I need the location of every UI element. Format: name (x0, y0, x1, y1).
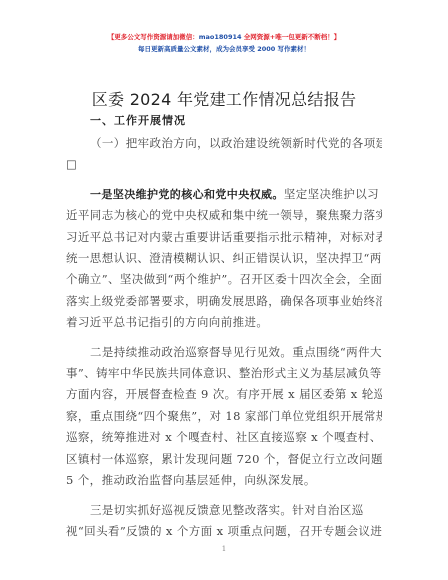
missing-glyph: □ (66, 154, 382, 175)
paragraph-lead: 一是坚决维护党的核心和党中央权威。 (90, 188, 284, 201)
paragraph-line: 着习近平总书记指引的方向向前推进。 (66, 312, 382, 333)
paragraph-line: 事”、铸牢中华民族共同体意识、整治形式主义为基层减负等 (66, 363, 382, 384)
paragraph-line: 方面内容，开展督查检查 9 次。有序开展 x 届区委第 x 轮巡 (66, 384, 382, 405)
subsection-heading: （一）把牢政治方向，以政治建设统领新时代党的各项建 (66, 133, 382, 154)
paragraph-line: 5 个，推动政治监督向基层延伸，向纵深发展。 (66, 470, 382, 491)
section-heading: 一、工作开展情况 (90, 112, 186, 128)
paragraph-line: 巡察，统筹推进对 x 个嘎查村、社区直接巡察 x 个嘎查村、社 (66, 427, 382, 448)
paragraph-line: 近平同志为核心的党中央权威和集中统一领导，聚焦聚力落实 (66, 205, 382, 226)
wechat-id: mao180914 (199, 33, 242, 41)
paragraph-line: 区镇村一体巡察，累计发现问题 720 个，督促立行立改问题 (66, 449, 382, 470)
paragraph-line: 习近平总书记对内蒙古重要讲话重要指示批示精神，对标对表 (66, 227, 382, 248)
promo-text: 【更多公文写作资源请加微信： (108, 33, 199, 41)
paragraph-line: 二是持续推动政治巡察督导见行见效。重点围绕“两件大 (66, 342, 382, 363)
paragraph-line: 三是切实抓好巡视反馈意见整改落实。针对自治区巡 (66, 500, 382, 521)
paragraph-line: 统一思想认识、澄清模糊认识、纠正错误认识，坚决捍卫“两 (66, 248, 382, 269)
promo-banner-line1: 【更多公文写作资源请加微信：mao180914 全网资源+唯一包更新不断档！】 (0, 32, 448, 41)
promo-text: 全网资源+唯一包更新不断档！】 (242, 33, 341, 41)
paragraph-line: 视“回头看”反馈的 x 个方面 x 项重点问题，召开专题会议进行 (66, 521, 382, 542)
paragraph-line: 一是坚决维护党的核心和党中央权威。坚定坚决维护以习 (66, 184, 382, 205)
paragraph-line: 个确立”、坚决做到“两个维护”。召开区委十四次全会，全面 (66, 269, 382, 290)
document-body: （一）把牢政治方向，以政治建设统领新时代党的各项建 □ 一是坚决维护党的核心和党… (66, 133, 382, 542)
paragraph-line: 落实上级党委部署要求，明确发展思路，确保各项事业始终沿 (66, 291, 382, 312)
paragraph-line: 察，重点围绕“四个聚焦”，对 18 家部门单位党组织开展常规 (66, 406, 382, 427)
document-title: 区委 2024 年党建工作情况总结报告 (0, 87, 448, 110)
page-number: 1 (0, 545, 448, 553)
promo-banner-line2: 每日更新高质量公文素材，成为会员享受 2000 写作素材！ (0, 44, 448, 53)
paragraph-text: 坚定坚决维护以习 (284, 187, 379, 201)
